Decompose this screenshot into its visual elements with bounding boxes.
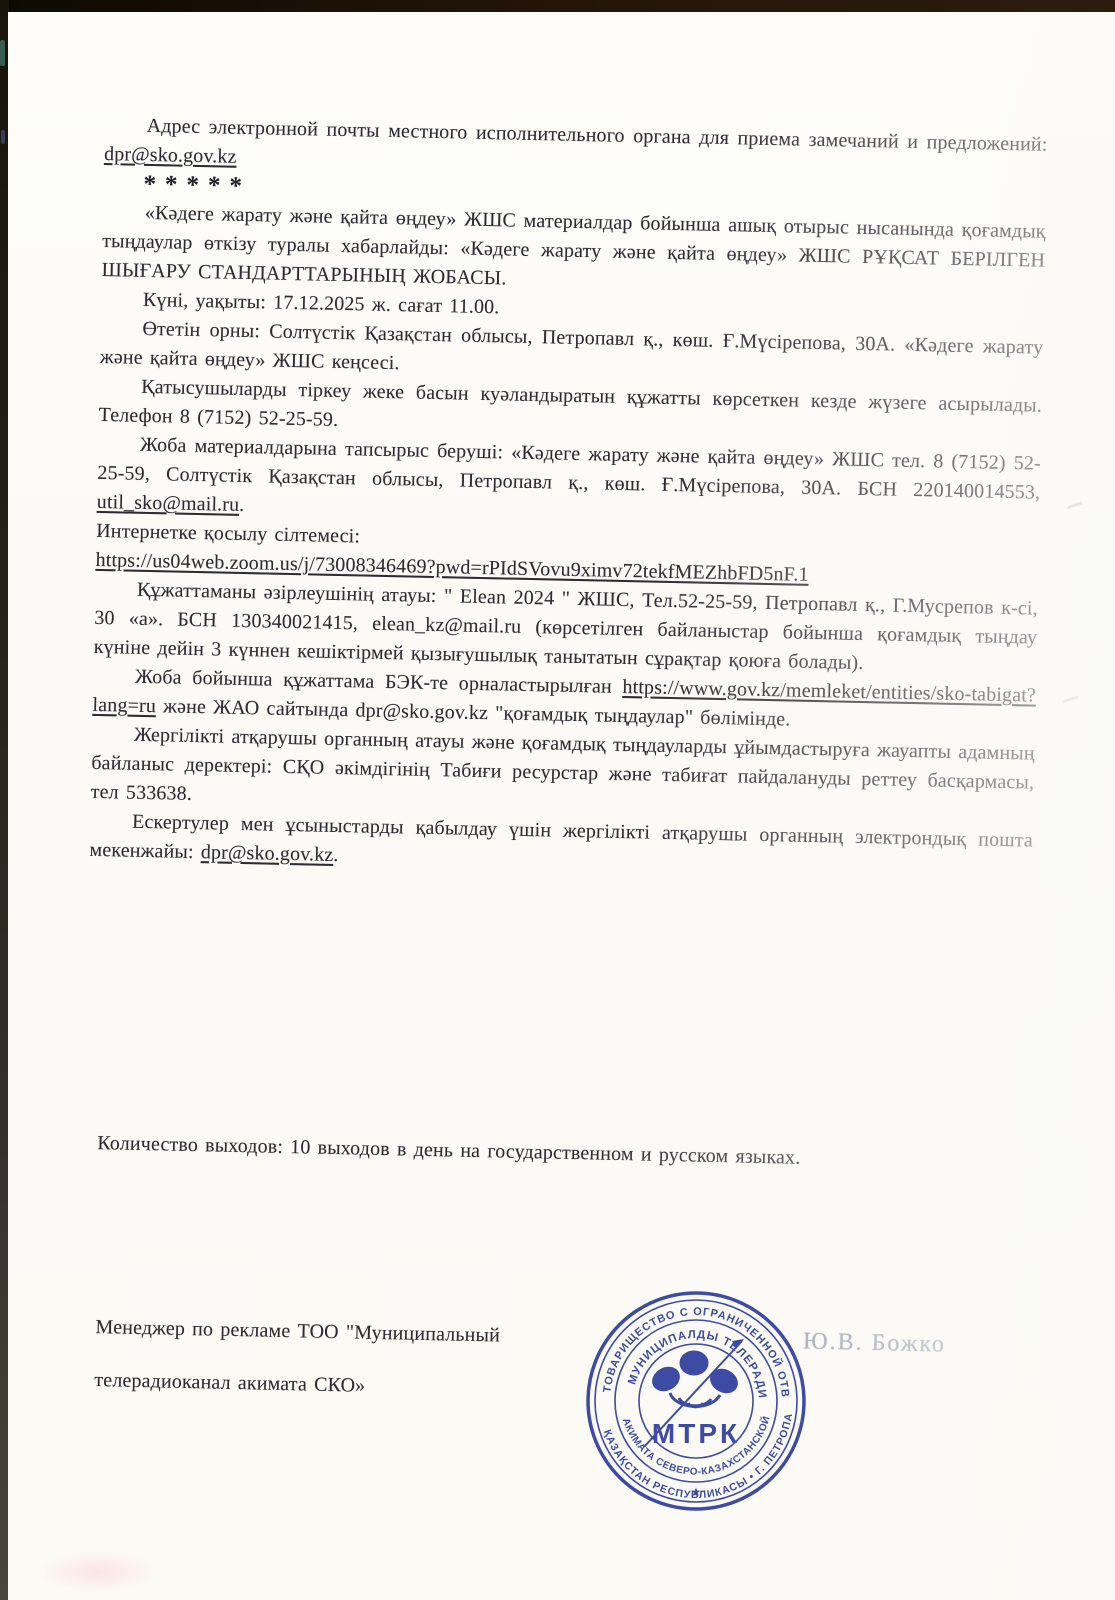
feedback-email-link: dpr@sko.gov.kz (201, 841, 334, 866)
signature-bozhko: Ю.В. Божко (803, 1328, 946, 1358)
customer-after: . (239, 494, 245, 516)
para-signatory: Менеджер по рекламе ТОО "Муниципальныйте… (94, 1301, 1039, 1427)
customer-email-link: util_sko@mail.ru (97, 491, 240, 516)
scan-speck (1061, 695, 1079, 707)
scanned-document-photo: Адрес электронной почты местного исполни… (0, 0, 1115, 1600)
company-stamp: ТОВАРИЩЕСТВО С ОГРАНИЧЕННОЙ ОТВЕТСТВЕННО… (583, 1288, 809, 1514)
signatory-line1: Менеджер по рекламе ТОО "Муниципальный (95, 1316, 500, 1346)
photo-edge-top (0, 0, 1115, 12)
stamp-center-label: МТРК (652, 1418, 740, 1449)
docs-location-text: Жоба бойынша құжаттама БЭК-те орналастыр… (135, 666, 623, 698)
edge-speck (0, 40, 5, 66)
scan-tint (38, 1552, 158, 1592)
star-icon: ★ (691, 1485, 702, 1499)
para-broadcast-count: Количество выходов: 10 выходов в день на… (97, 1129, 1040, 1178)
email-link-text: dpr@sko.gov.kz (104, 143, 237, 168)
edge-speck (1, 130, 5, 144)
paper-page: Адрес электронной почты местного исполни… (8, 12, 1115, 1600)
document-body: Адрес электронной почты местного исполни… (77, 111, 1048, 1460)
scan-speck (1065, 501, 1083, 514)
signatory-line2: телерадиоканал акимата СКО» (94, 1369, 365, 1397)
feedback-after: . (333, 844, 339, 866)
contact-intro-text: Адрес электронной почты местного исполни… (146, 115, 1047, 156)
